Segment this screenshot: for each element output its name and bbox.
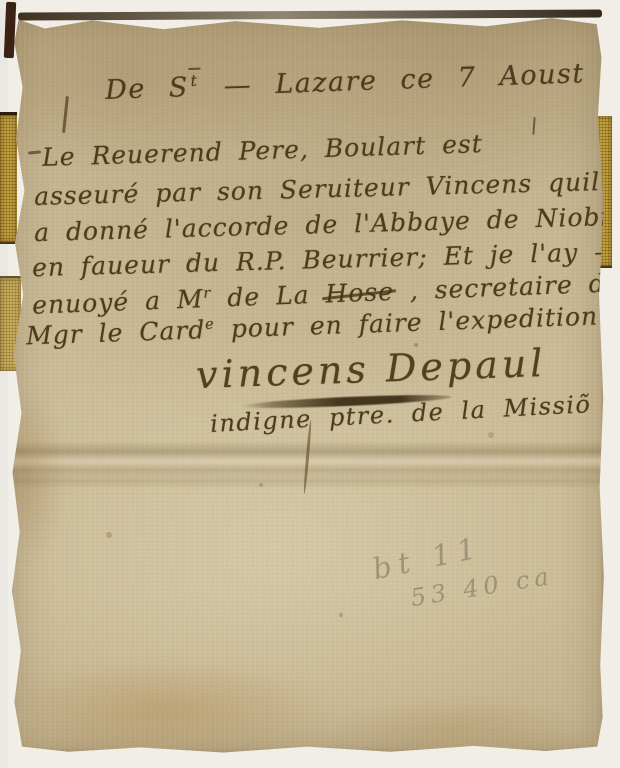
letter-paper: De St — Lazare ce 7 Aoust 1648 Le Reuere…	[9, 13, 605, 754]
dateline-place: De S	[105, 72, 190, 106]
stain-left-mid	[9, 393, 67, 563]
body-line-6-superscript: e	[205, 317, 215, 333]
backing-edge-shadow	[18, 9, 602, 20]
stain-bottom-left	[30, 661, 330, 749]
body-line-5-struck-word: Hose	[325, 277, 395, 309]
body-line-5-text2: de La	[211, 280, 326, 313]
backing-corner-sliver	[4, 2, 16, 58]
stain-bottom-center	[340, 697, 570, 755]
fabric-strip-left-upper	[0, 112, 17, 244]
dateline-superscript-t: t	[188, 68, 201, 90]
letter-scan: De St — Lazare ce 7 Aoust 1648 Le Reuere…	[0, 0, 620, 768]
